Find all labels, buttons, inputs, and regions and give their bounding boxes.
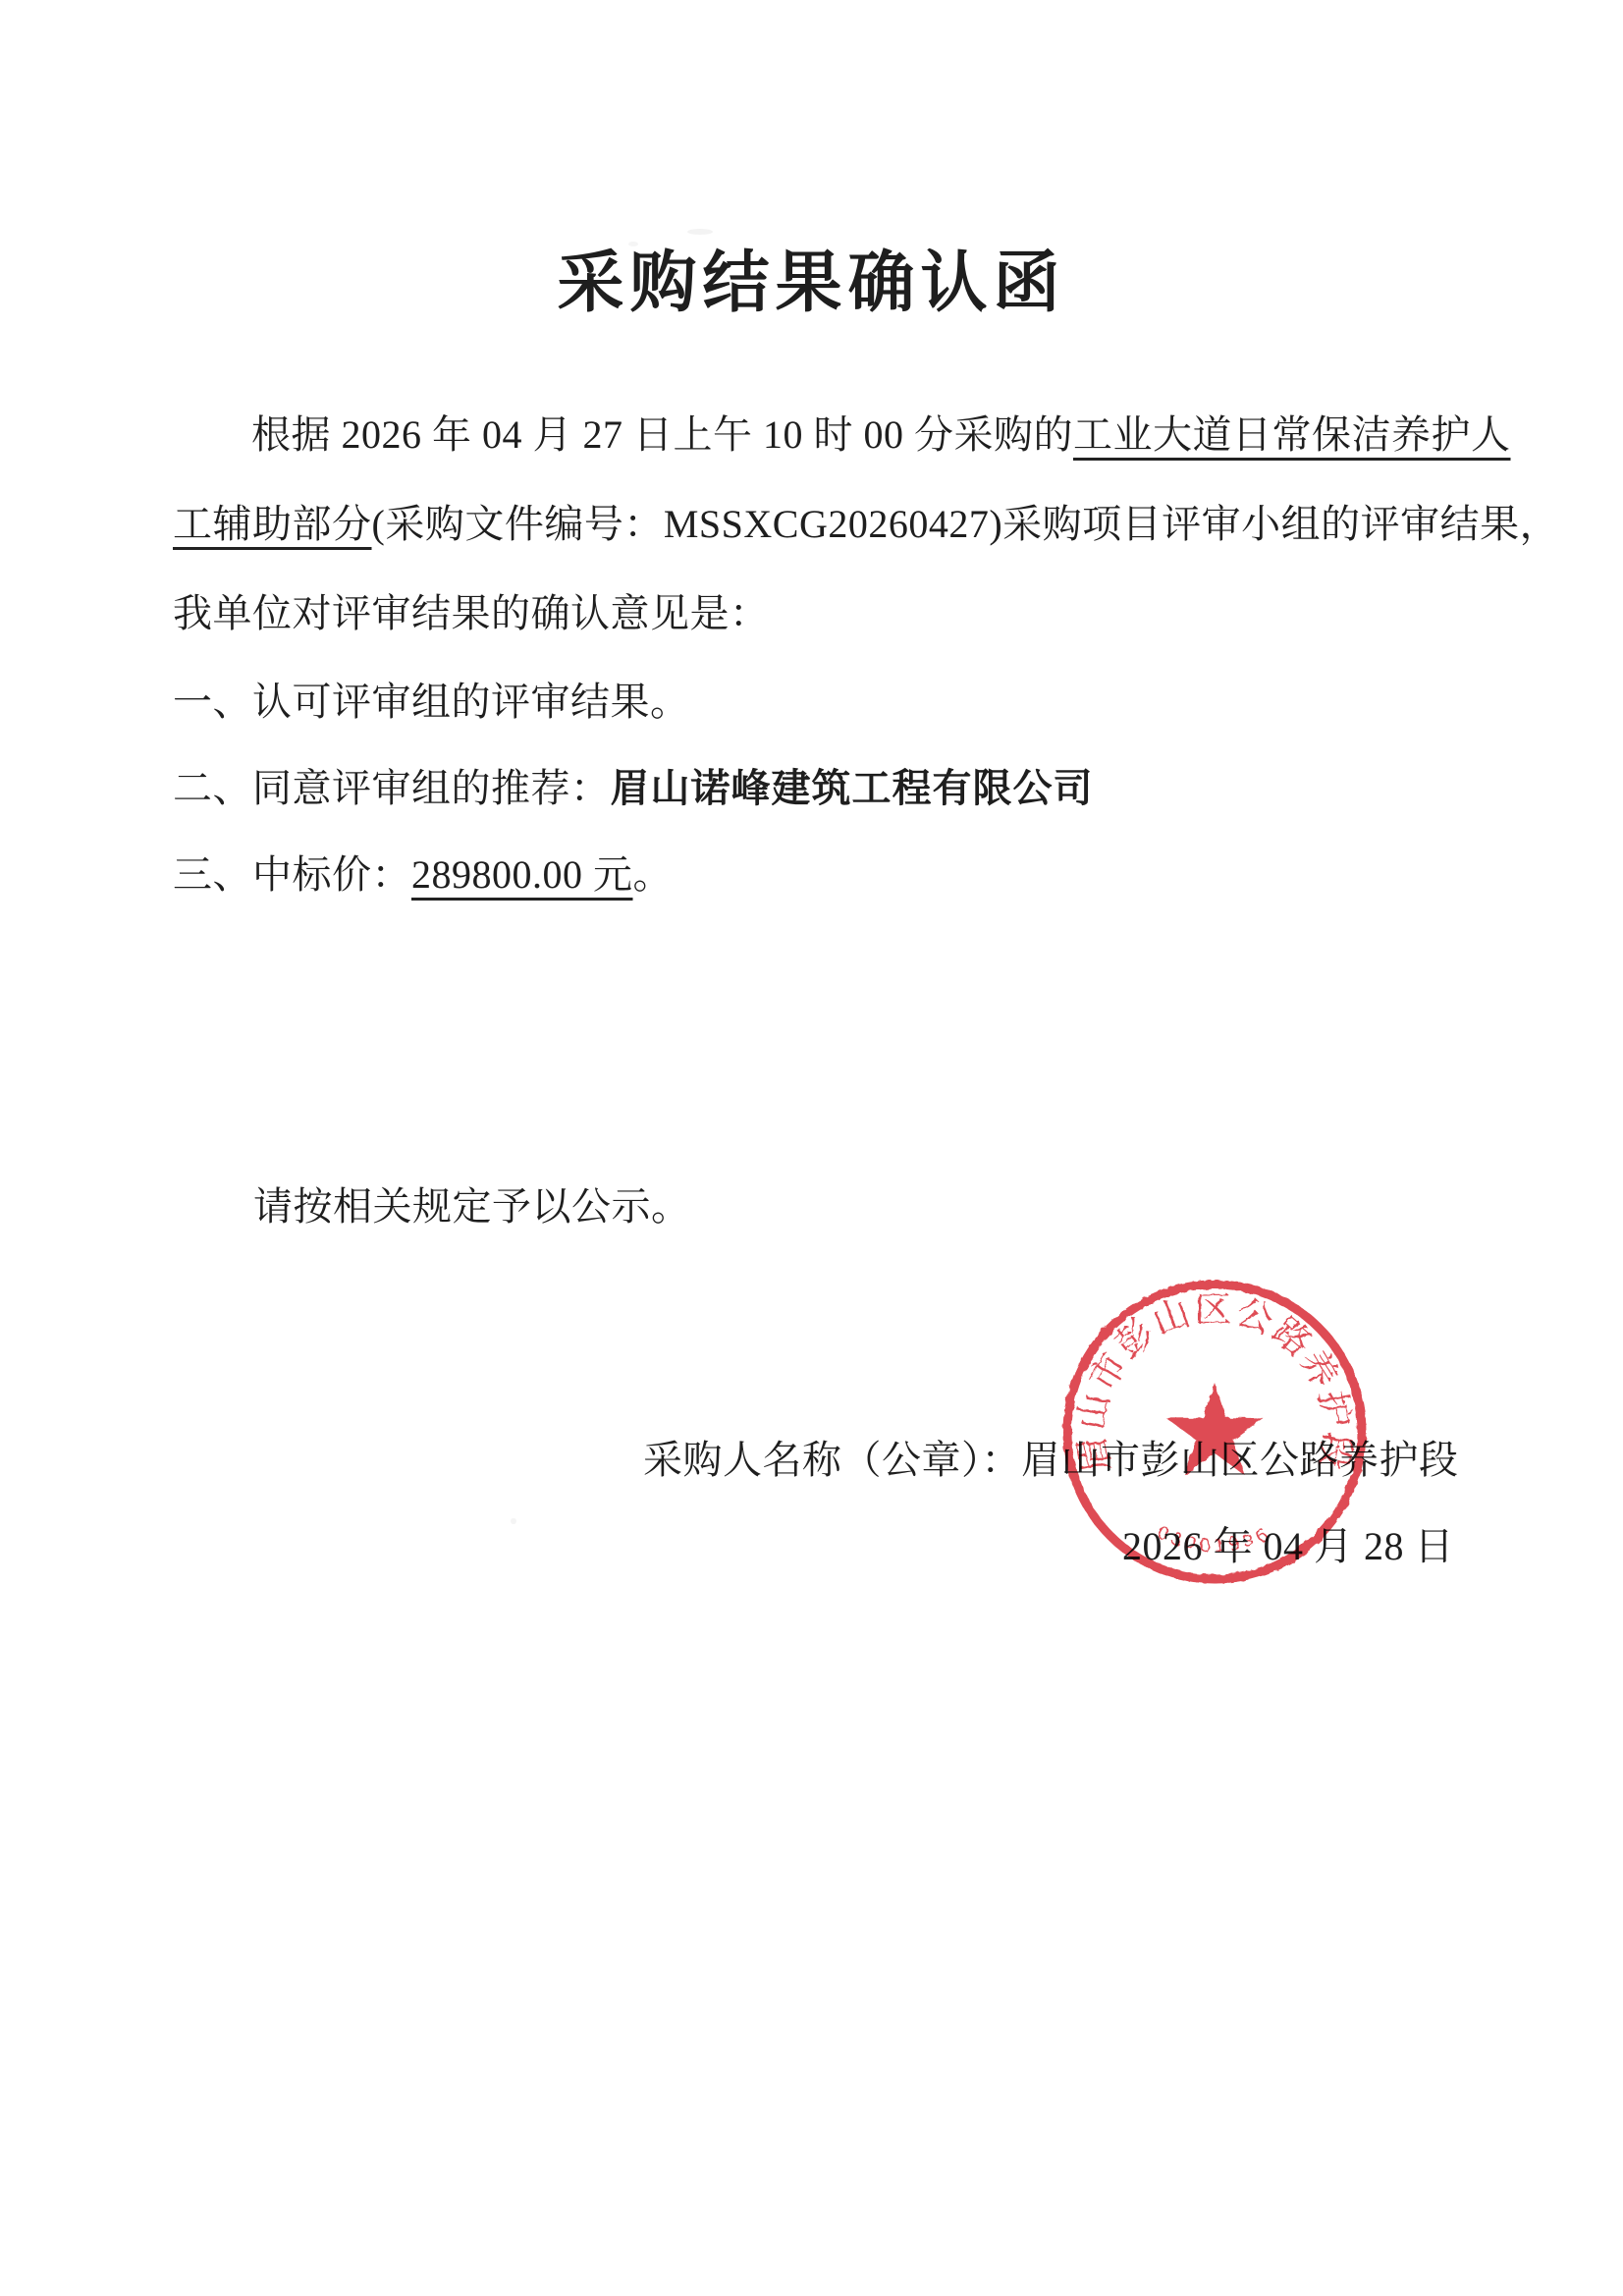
scan-noise (687, 229, 713, 235)
p2-underlined-project-name: 工辅助部分 (173, 502, 372, 546)
p1-text: 根据 2026 年 04 月 27 日上午 10 时 00 分采购的 (251, 412, 1073, 457)
closing-sentence: 请按相关规定予以公示。 (253, 1184, 691, 1230)
paragraph-line-2: 工辅助部分(采购文件编号：MSSXCG20260427)采购项目评审小组的评审结… (173, 502, 1559, 547)
paragraph-line-3: 我单位对评审结果的确认意见是： (173, 591, 770, 636)
scan-noise (628, 242, 638, 246)
item3-label: 三、中标价： (173, 852, 411, 897)
letter-page: 采购结果确认函 根据 2026 年 04 月 27 日上午 10 时 00 分采… (0, 0, 1623, 2296)
item3-period: 。 (633, 852, 674, 897)
p1-underlined-project-name: 工业大道日常保洁养护人 (1073, 412, 1511, 457)
scan-noise (511, 1518, 516, 1524)
seal-star-icon (1166, 1383, 1264, 1475)
seal-serial-number: 03001936 (1154, 1522, 1275, 1557)
document-title: 采购结果确认函 (0, 230, 1623, 325)
paragraph-line-1: 根据 2026 年 04 月 27 日上午 10 时 00 分采购的工业大道日常… (251, 412, 1511, 458)
p2-text: (采购文件编号：MSSXCG20260427)采购项目评审小组的评审结果， (372, 502, 1560, 546)
list-item-2: 二、同意评审组的推荐：眉山诺峰建筑工程有限公司 (173, 766, 1094, 811)
official-seal-stamp: 眉山市彭山区公路养护段 03001936 (1048, 1265, 1381, 1599)
winning-company-name: 眉山诺峰建筑工程有限公司 (611, 767, 1094, 810)
list-item-3: 三、中标价：289800.00 元。 (173, 852, 673, 898)
item2-label: 二、同意评审组的推荐： (173, 766, 611, 810)
signature-label: 采购人名称（公章）： (643, 1438, 1021, 1482)
winning-price: 289800.00 元 (411, 852, 633, 897)
list-item-1: 一、认可评审组的评审结果。 (173, 680, 690, 725)
